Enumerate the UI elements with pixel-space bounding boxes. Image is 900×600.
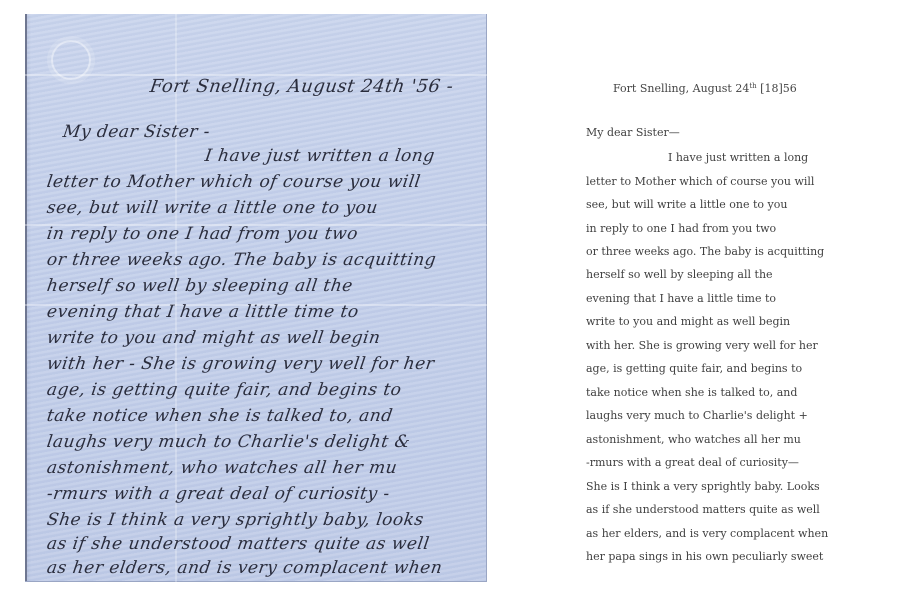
transcription-line: astonishment, who watches all her mu [586, 433, 801, 446]
handwritten-line: her papa sings in his own peculiarly swe… [46, 580, 437, 582]
handwritten-line: as her elders, and is very complacent wh… [46, 558, 444, 578]
transcription-line: laughs very much to Charlie's delight + [586, 409, 808, 422]
dateline-text: Fort Snelling, August 24 [613, 82, 749, 95]
transcription-line: She is I think a very sprightly baby. Lo… [586, 480, 820, 493]
handwritten-line: take notice when she is talked to, and [46, 406, 394, 426]
transcription-line: age, is getting quite fair, and begins t… [586, 362, 802, 375]
transcription-line: with her. She is growing very well for h… [586, 339, 818, 352]
handwritten-line: as if she understood matters quite as we… [46, 534, 431, 554]
transcription-line: as her elders, and is very complacent wh… [586, 527, 828, 540]
handwritten-line: letter to Mother which of course you wil… [46, 172, 422, 192]
handwritten-line: herself so well by sleeping all the [46, 276, 355, 296]
transcription-line: letter to Mother which of course you wil… [586, 175, 814, 188]
transcription-line: as if she understood matters quite as we… [586, 503, 820, 516]
transcription-line: herself so well by sleeping all the [586, 268, 773, 281]
handwritten-dateline: Fort Snelling, August 24th '56 - [149, 76, 455, 97]
dateline-year: [18]56 [757, 82, 797, 95]
dateline-ordinal-suffix: th [749, 82, 756, 90]
embossed-seal-icon [51, 40, 91, 80]
transcription-line: see, but will write a little one to you [586, 198, 787, 211]
handwritten-line: She is I think a very sprightly baby, lo… [46, 510, 426, 530]
handwritten-line: see, but will write a little one to you [46, 198, 380, 218]
handwritten-line: age, is getting quite fair, and begins t… [46, 380, 403, 400]
handwritten-line: -rmurs with a great deal of curiosity - [46, 484, 392, 504]
handwritten-line: with her - She is growing very well for … [46, 354, 436, 374]
handwritten-line: in reply to one I had from you two [46, 224, 360, 244]
handwritten-line: write to you and might as well begin [46, 328, 382, 348]
transcription-line: evening that I have a little time to [586, 292, 776, 305]
handwritten-line: evening that I have a little time to [46, 302, 360, 322]
transcription-dateline: Fort Snelling, August 24th [18]56 [613, 82, 797, 95]
handwritten-line: laughs very much to Charlie's delight & [46, 432, 412, 452]
transcription-salutation: My dear Sister— [586, 126, 680, 139]
handwritten-line: astonishment, who watches all her mu [46, 458, 399, 478]
handwritten-line: I have just written a long [204, 146, 436, 166]
transcription-line: her papa sings in his own peculiarly swe… [586, 550, 823, 563]
transcription-line: I have just written a long [668, 151, 808, 164]
transcription-line: in reply to one I had from you two [586, 222, 776, 235]
transcription-line: or three weeks ago. The baby is acquitti… [586, 245, 824, 258]
handwritten-salutation: My dear Sister - [62, 122, 212, 142]
handwritten-line: or three weeks ago. The baby is acquitti… [46, 250, 438, 270]
letter-scan-image: Fort Snelling, August 24th '56 - My dear… [25, 14, 487, 582]
transcription-line: take notice when she is talked to, and [586, 386, 797, 399]
transcription-line: -rmurs with a great deal of curiosity— [586, 456, 799, 469]
transcription-line: write to you and might as well begin [586, 315, 790, 328]
